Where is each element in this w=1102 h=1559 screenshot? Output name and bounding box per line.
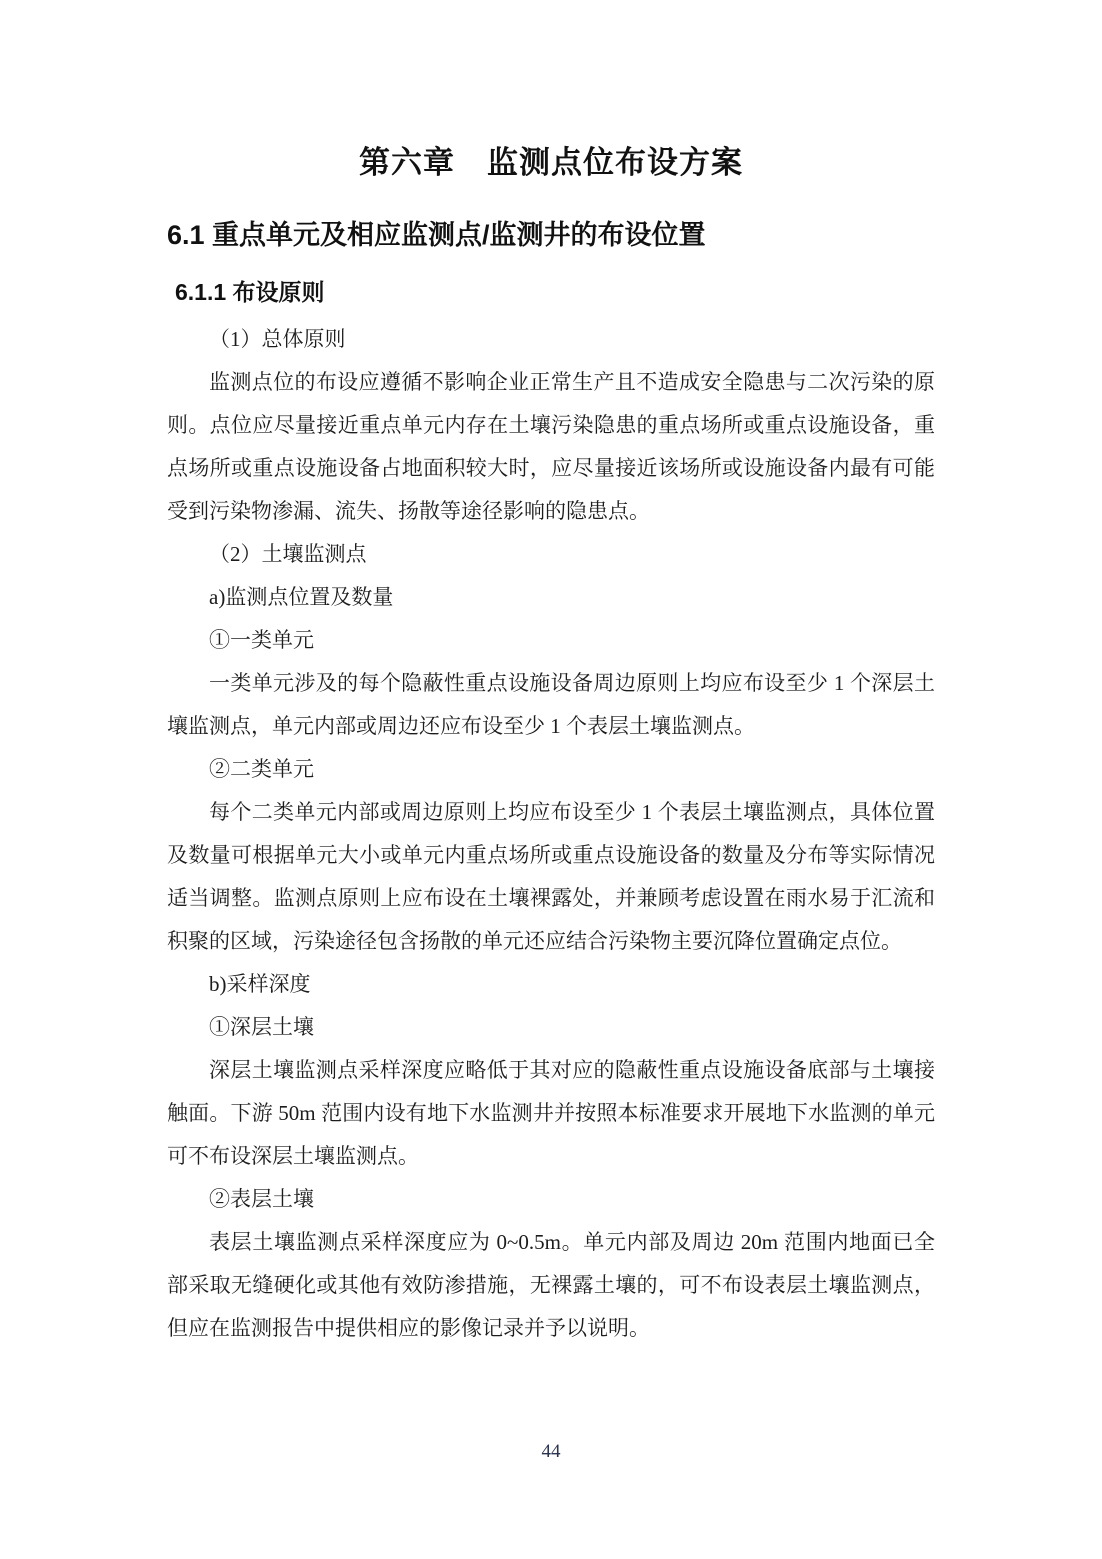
- page-content: 第六章 监测点位布设方案 6.1 重点单元及相应监测点/监测井的布设位置 6.1…: [167, 0, 935, 1350]
- list-item-b-sampling-depth: b)采样深度: [167, 963, 935, 1006]
- list-item-class2-unit: ②二类单元: [167, 748, 935, 791]
- paragraph-class1-unit: 一类单元涉及的每个隐蔽性重点设施设备周边原则上均应布设至少 1 个深层土壤监测点…: [167, 662, 935, 748]
- section-heading-6-1: 6.1 重点单元及相应监测点/监测井的布设位置: [167, 216, 935, 254]
- list-item-1-general-principle: （1）总体原则: [167, 318, 935, 361]
- list-item-deep-soil: ①深层土壤: [167, 1006, 935, 1049]
- chapter-title: 第六章 监测点位布设方案: [167, 140, 935, 186]
- paragraph-general-principle: 监测点位的布设应遵循不影响企业正常生产且不造成安全隐患与二次污染的原则。点位应尽…: [167, 361, 935, 533]
- document-page: 第六章 监测点位布设方案 6.1 重点单元及相应监测点/监测井的布设位置 6.1…: [0, 0, 1102, 1559]
- body-text: （1）总体原则 监测点位的布设应遵循不影响企业正常生产且不造成安全隐患与二次污染…: [167, 318, 935, 1350]
- list-item-2-soil-points: （2）土壤监测点: [167, 533, 935, 576]
- list-item-surface-soil: ②表层土壤: [167, 1178, 935, 1221]
- list-item-class1-unit: ①一类单元: [167, 619, 935, 662]
- section-heading-6-1-1: 6.1.1 布设原则: [167, 276, 935, 308]
- paragraph-surface-soil: 表层土壤监测点采样深度应为 0~0.5m。单元内部及周边 20m 范围内地面已全…: [167, 1221, 935, 1350]
- page-number: 44: [0, 1438, 1102, 1466]
- paragraph-deep-soil: 深层土壤监测点采样深度应略低于其对应的隐蔽性重点设施设备底部与土壤接触面。下游 …: [167, 1049, 935, 1178]
- list-item-a-location-quantity: a)监测点位置及数量: [167, 576, 935, 619]
- paragraph-class2-unit: 每个二类单元内部或周边原则上均应布设至少 1 个表层土壤监测点，具体位置及数量可…: [167, 791, 935, 963]
